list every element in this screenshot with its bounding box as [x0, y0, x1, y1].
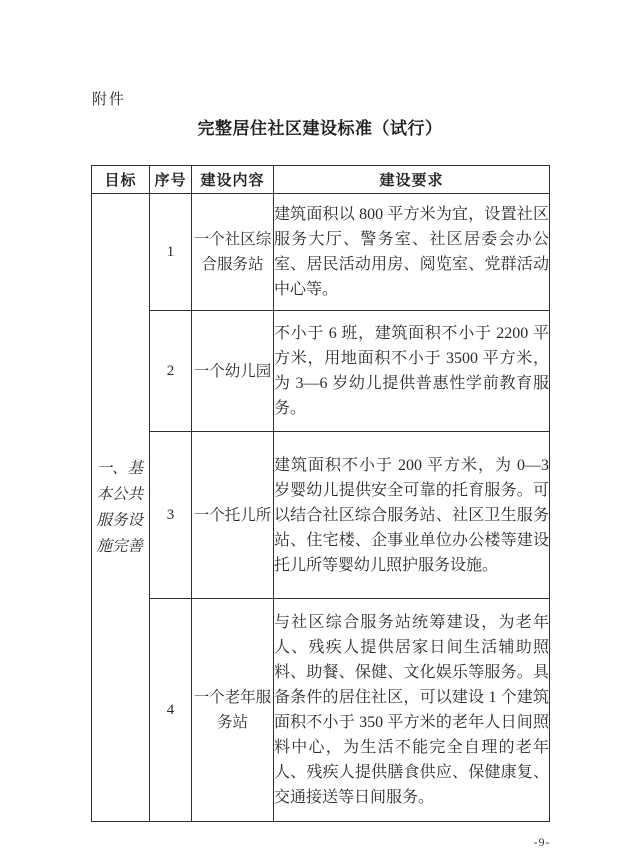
table-row: 2 一个幼儿园 不小于 6 班，建筑面积不小于 2200 平方米，用地面积不小于… — [92, 311, 550, 432]
table-row: 4 一个老年服务站 与社区综合服务站统筹建设，为老年人、残疾人提供居家日间生活辅… — [92, 599, 550, 822]
goal-cell: 一、基本公共服务设施完善 — [92, 194, 150, 822]
row-number: 2 — [150, 311, 192, 432]
row-number: 1 — [150, 194, 192, 311]
doc-title: 完整居住社区建设标准（试行） — [0, 114, 640, 139]
table-row: 3 一个托儿所 建筑面积不小于 200 平方米，为 0—3 岁婴幼儿提供安全可靠… — [92, 432, 550, 599]
col-header-number: 序号 — [150, 166, 192, 194]
construction-requirement: 不小于 6 班，建筑面积不小于 2200 平方米，用地面积不小于 3500 平方… — [274, 311, 550, 432]
construction-requirement: 与社区综合服务站统筹建设，为老年人、残疾人提供居家日间生活辅助照料、助餐、保健、… — [274, 599, 550, 822]
construction-requirement: 建筑面积不小于 200 平方米，为 0—3 岁婴幼儿提供安全可靠的托育服务。可以… — [274, 432, 550, 599]
table-header-row: 目标 序号 建设内容 建设要求 — [92, 166, 550, 194]
goal-text: 一、基本公共服务设施完善 — [97, 456, 145, 560]
standards-table: 目标 序号 建设内容 建设要求 一、基本公共服务设施完善 1 一个社区综合服务站… — [91, 165, 550, 822]
construction-requirement: 建筑面积以 800 平方米为宜，设置社区服务大厅、警务室、社区居委会办公室、居民… — [274, 194, 550, 311]
col-header-requirement: 建设要求 — [274, 166, 550, 194]
construction-content: 一个托儿所 — [192, 432, 274, 599]
table-row: 一、基本公共服务设施完善 1 一个社区综合服务站 建筑面积以 800 平方米为宜… — [92, 194, 550, 311]
row-number: 3 — [150, 432, 192, 599]
row-number: 4 — [150, 599, 192, 822]
construction-content: 一个社区综合服务站 — [192, 194, 274, 311]
col-header-content: 建设内容 — [192, 166, 274, 194]
page-number: -9- — [522, 835, 562, 850]
col-header-goal: 目标 — [92, 166, 150, 194]
construction-content: 一个幼儿园 — [192, 311, 274, 432]
construction-content: 一个老年服务站 — [192, 599, 274, 822]
attachment-label: 附件 — [92, 88, 126, 109]
